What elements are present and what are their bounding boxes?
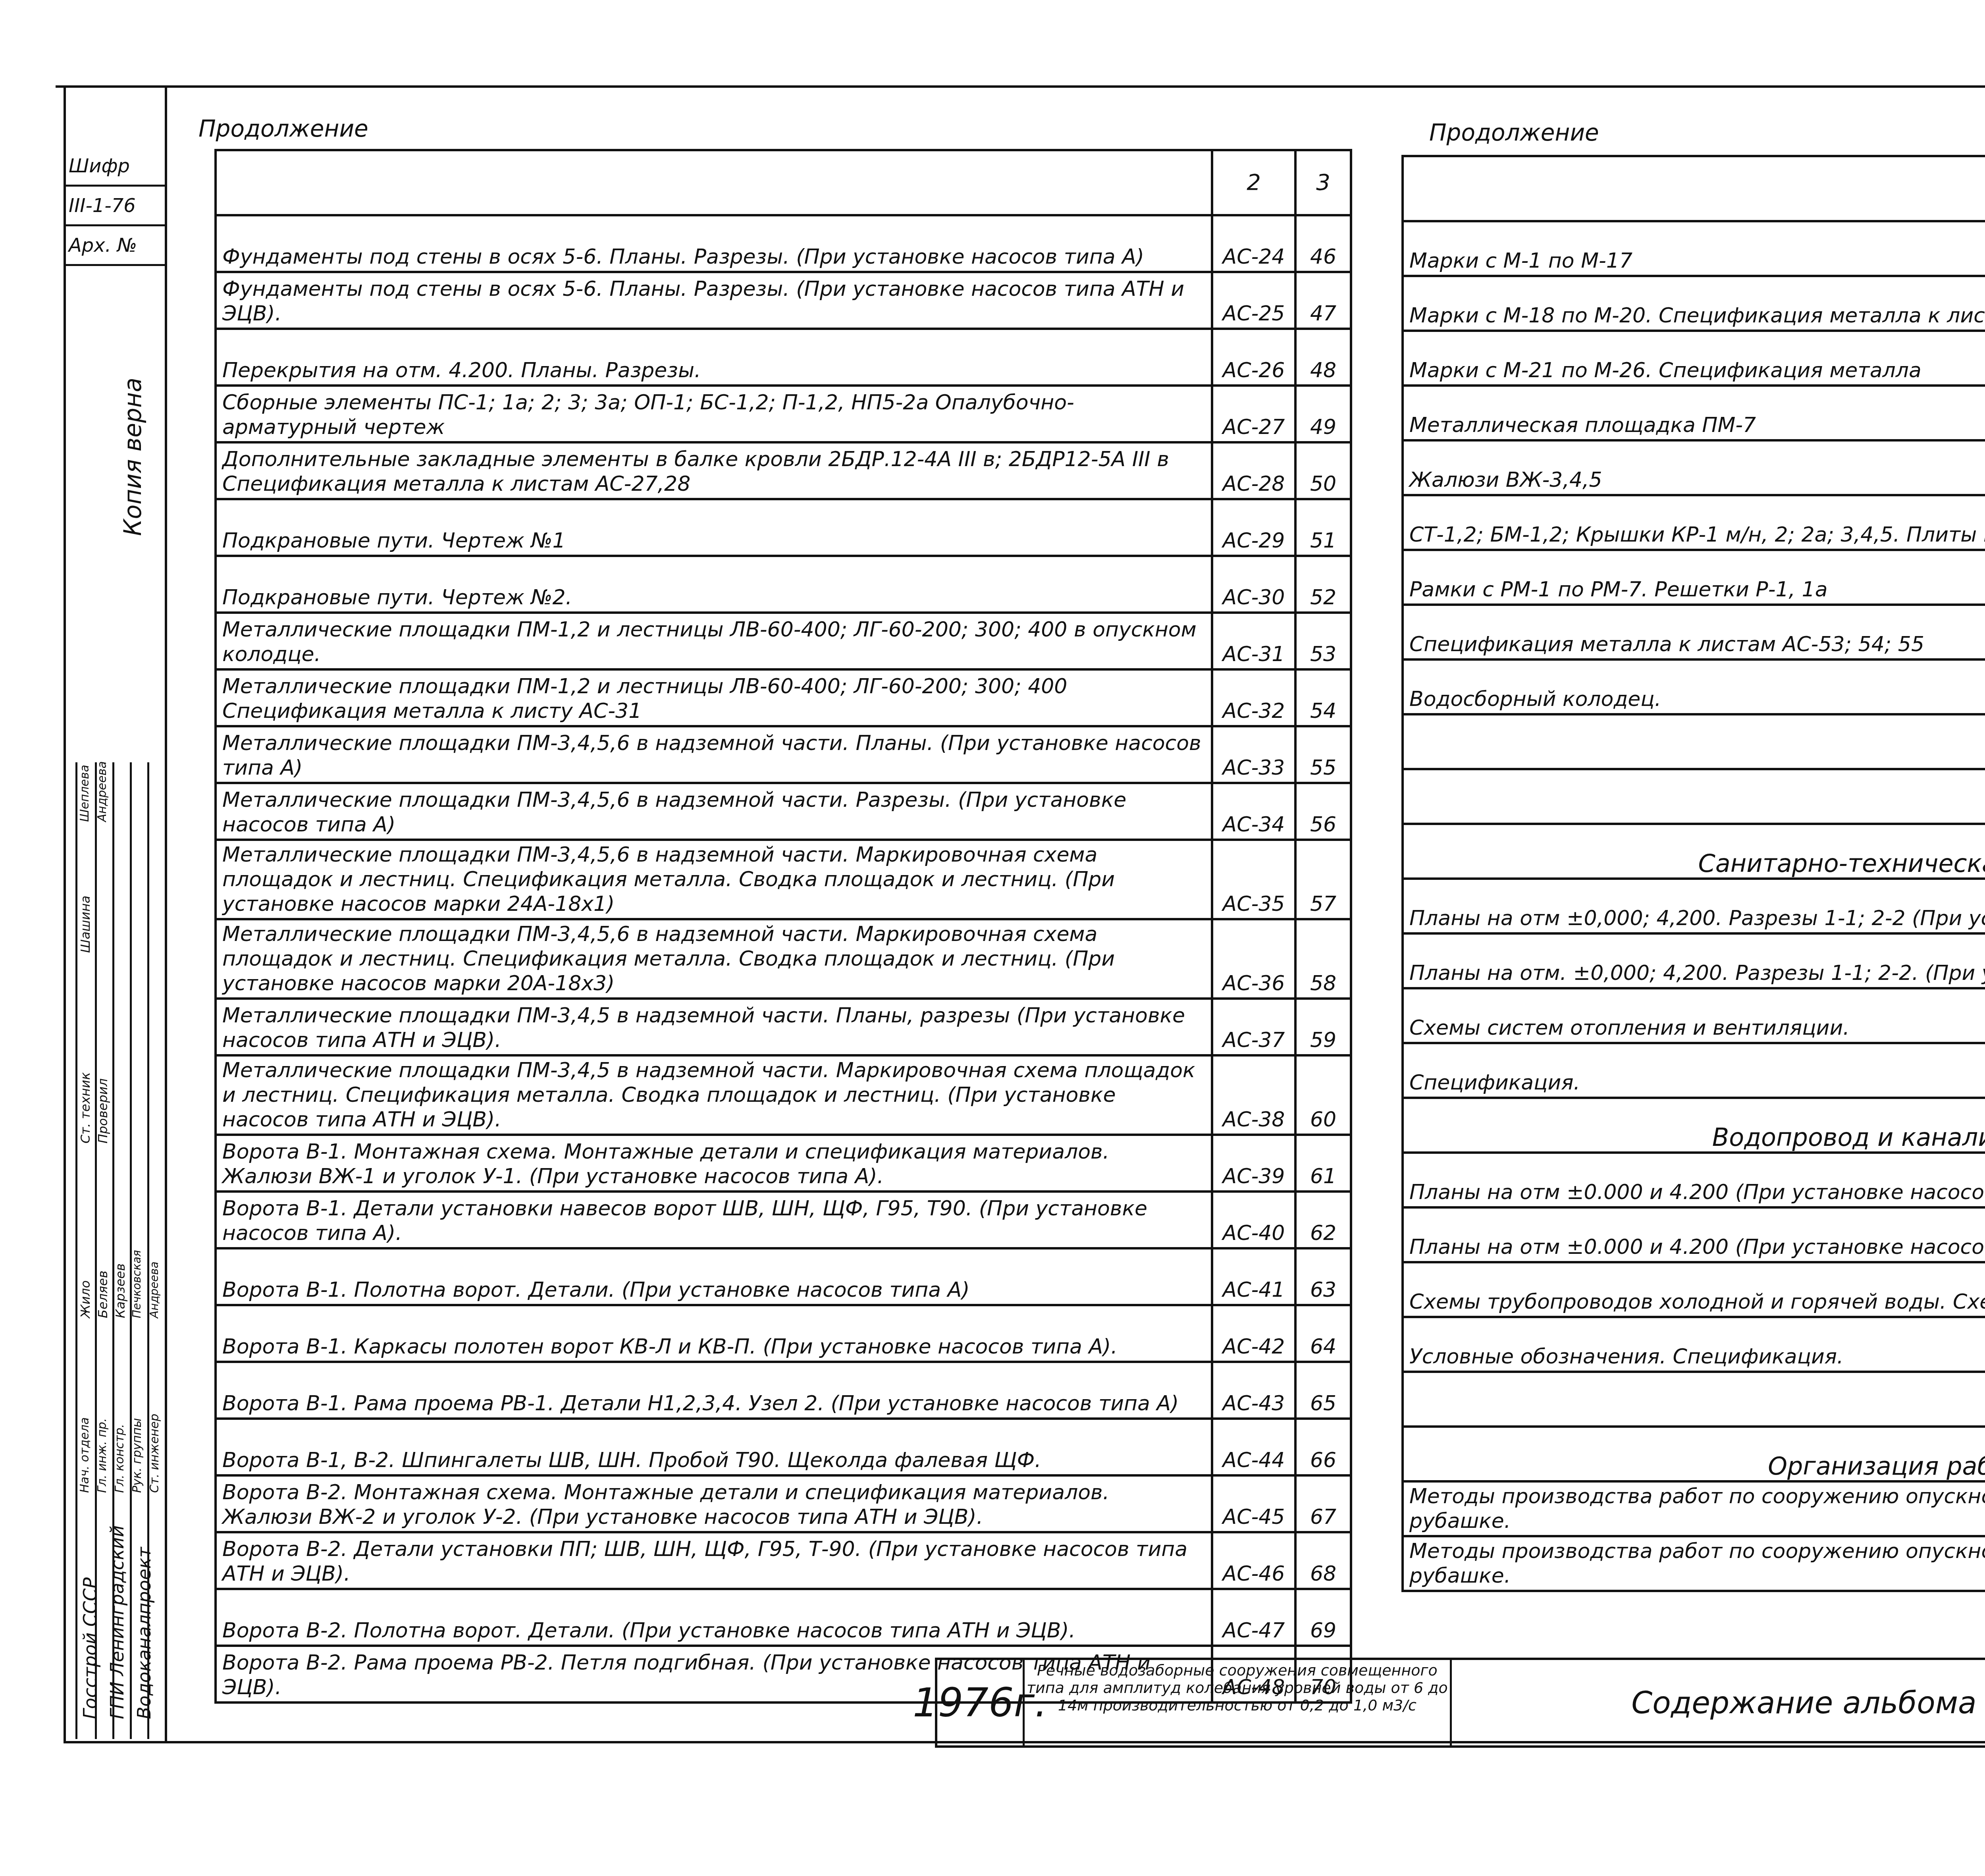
table-row: Подкрановые пути. Чертеж №2.АС-3052 [216,556,1351,613]
table-row: Ворота В-1. Монтажная схема. Монтажные д… [216,1135,1351,1192]
table-row: Санитарно-техническая часть [1403,824,1985,879]
header-cell: 2 [1212,150,1295,215]
drawing-title-cell: Ворота В-1. Монтажная схема. Монтажные д… [216,1135,1212,1192]
drawing-title-cell: Фундаменты под стены в осях 5-6. Планы. … [216,215,1212,272]
sheet-code-cell: АС-42 [1212,1305,1295,1362]
drawing-title-cell [1403,769,1985,824]
signer-name-10: Андреева [95,761,109,822]
table-row: Фундаменты под стены в осях 5-6. Планы. … [216,215,1351,272]
drawing-title-cell: Марки с М-21 по М-26. Спецификация метал… [1403,331,1985,386]
signer-role-6: Ст. техник [78,1072,93,1143]
drawing-title-cell: Ворота В-1, В-2. Шпингалеты ШВ, ШН. Проб… [216,1419,1212,1475]
page-number-cell: 56 [1295,783,1351,840]
table-row: Водопровод и канализация. [1403,1098,1985,1153]
sheet-code-cell: АС-36 [1212,919,1295,999]
sheet-code-cell: АС-41 [1212,1248,1295,1305]
left-continued-label: Продолжение [198,115,368,142]
role-3: Гл. констр. [113,1424,127,1493]
drawing-title-cell: Металлическая площадка ПМ-7 [1403,386,1985,440]
sheet-code-cell: АС-43 [1212,1362,1295,1419]
signer-name-3: Карзеев [113,1263,128,1318]
sheet-code-cell: АС-40 [1212,1192,1295,1248]
table-row: Металлические площадки ПМ-3,4,5,6 в надз… [216,840,1351,919]
sheet-code-cell: АС-29 [1212,499,1295,556]
table-row: Планы на отм. ±0,000; 4,200. Разрезы 1-1… [1403,933,1985,988]
drawing-title-cell: Металлические площадки ПМ-1,2 и лестницы… [216,613,1212,669]
table-row: Организация работ [1403,1427,1985,1481]
archive-label: Арх. № [66,226,165,266]
role-4: Рук. группы [130,1418,144,1493]
drawing-title-cell [1403,1372,1985,1427]
page-number-cell: 54 [1295,669,1351,726]
sheet-code-cell: АС-33 [1212,726,1295,783]
sheet-code-cell: АС-32 [1212,669,1295,726]
drawing-title-cell: Схемы систем отопления и вентиляции. [1403,988,1985,1043]
drawing-title-cell: Перекрытия на отм. 4.200. Планы. Разрезы… [216,329,1212,386]
drawing-title-cell: Планы на отм ±0,000; 4,200. Разрезы 1-1;… [1403,879,1985,933]
code-value: III-1-76 [66,187,165,226]
sheet-code-cell: АС-24 [1212,215,1295,272]
page-number-cell: 60 [1295,1055,1351,1135]
drawing-title-cell: Ворота В-1. Полотна ворот. Детали. (При … [216,1248,1212,1305]
drawing-title-cell: Ворота В-2. Монтажная схема. Монтажные д… [216,1475,1212,1532]
signer-name-2: Беляев [95,1271,110,1318]
page-number-cell: 69 [1295,1589,1351,1646]
drawing-title-cell: Ворота В-1. Детали установки навесов вор… [216,1192,1212,1248]
signer-role-7: Проверил [95,1078,110,1143]
drawing-title-cell: Методы производства работ по сооружению … [1403,1536,1985,1591]
table-row: СТ-1,2; БМ-1,2; Крышки КР-1 м/н, 2; 2а; … [1403,495,1985,550]
role-2: Гл. инж. пр. [95,1418,109,1493]
table-row: Ворота В-1. Детали установки навесов вор… [216,1192,1351,1248]
page-number-cell: 53 [1295,613,1351,669]
page-number-cell: 48 [1295,329,1351,386]
sheet-code-cell: АС-34 [1212,783,1295,840]
page-number-cell: 50 [1295,442,1351,499]
sheet-code-cell: АС-30 [1212,556,1295,613]
table-row: Металлические площадки ПМ-3,4,5,6 в надз… [216,783,1351,840]
table-row: Металлические площадки ПМ-1,2 и лестницы… [216,669,1351,726]
signer-name-5: Андреева [148,1261,161,1318]
section-heading: Санитарно-техническая часть [1403,824,1985,879]
table-row [1403,714,1985,769]
signer-name-4: Печковская [130,1250,143,1318]
drawing-title-cell: Спецификация. [1403,1043,1985,1098]
table-row: Фундаменты под стены в осях 5-6. Планы. … [216,272,1351,329]
table-header-row: 23 [1403,156,1985,221]
signer-name-1: Жило [78,1280,93,1318]
page-number-cell: 51 [1295,499,1351,556]
drawing-title-cell: Фундаменты под стены в осях 5-6. Планы. … [216,272,1212,329]
table-row: Планы на отм ±0.000 и 4.200 (При установ… [1403,1207,1985,1262]
table-row: Жалюзи ВЖ-3,4,5АС-5375 [1403,440,1985,495]
page-number-cell: 57 [1295,840,1351,919]
drawing-title-cell: Марки с М-1 по М-17 [1403,221,1985,276]
drawing-title-cell: Ворота В-1. Рама проема РВ-1. Детали Н1,… [216,1362,1212,1419]
table-row: Сборные элементы ПС-1; 1а; 2; 3; 3а; ОП-… [216,386,1351,442]
frame-border-left [64,85,66,1741]
org-line-3: Водоканалпроект [133,1547,155,1719]
drawing-title-cell: Металлические площадки ПМ-3,4,5,6 в надз… [216,726,1212,783]
table-row: Методы производства работ по сооружению … [1403,1536,1985,1591]
table-row: Металлические площадки ПМ-3,4,5,6 в надз… [216,726,1351,783]
page-number-cell: 58 [1295,919,1351,999]
table-row: Металлическая площадка ПМ-7АС-5274 [1403,386,1985,440]
copy-note: Копия верна [119,378,147,536]
table-row: Металлические площадки ПМ-1,2 и лестницы… [216,613,1351,669]
drawing-title-cell: СТ-1,2; БМ-1,2; Крышки КР-1 м/н, 2; 2а; … [1403,495,1985,550]
table-row: Спецификация металла к листам АС-53; 54;… [1403,605,1985,659]
table-row: Металлические площадки ПМ-3,4,5 в надзем… [216,1055,1351,1135]
page-number-cell: 59 [1295,999,1351,1055]
table-row: Схемы трубопроводов холодной и горячей в… [1403,1262,1985,1317]
sheet-code-cell: АС-45 [1212,1475,1295,1532]
table-row: Рамки с РМ-1 по РМ-7. Решетки Р-1, 1аАС-… [1403,550,1985,605]
page-number-cell: 64 [1295,1305,1351,1362]
table-row: Ворота В-1, В-2. Шпингалеты ШВ, ШН. Проб… [216,1419,1351,1475]
right-toc-table: 23Марки с М-1 по М-17АС-4971Марки с М-18… [1401,155,1985,1592]
table-row: Ворота В-1. Полотна ворот. Детали. (При … [216,1248,1351,1305]
page-number-cell: 55 [1295,726,1351,783]
table-row [1403,769,1985,824]
section-heading: Водопровод и канализация. [1403,1098,1985,1153]
table-row: Марки с М-21 по М-26. Спецификация метал… [1403,331,1985,386]
drawing-title-cell: Металлические площадки ПМ-3,4,5,6 в надз… [216,783,1212,840]
drawing-title-cell: Ворота В-2. Детали установки ПП; ШВ, ШН,… [216,1532,1212,1589]
header-cell [216,150,1212,215]
drawing-title-cell: Условные обозначения. Спецификация. [1403,1317,1985,1372]
table-header-row: 23 [216,150,1351,215]
table-row: Металлические площадки ПМ-3,4,5,6 в надз… [216,919,1351,999]
drawing-title-cell: Дополнительные закладные элементы в балк… [216,442,1212,499]
org-line-1: Госстрой СССР [79,1577,101,1719]
frame-border-top [56,85,1985,88]
sheet-code-cell: АС-37 [1212,999,1295,1055]
drawing-title-cell: Подкрановые пути. Чертеж №2. [216,556,1212,613]
role-5: Ст. инженер [148,1414,162,1493]
page-number-cell: 67 [1295,1475,1351,1532]
sheet-code-cell: АС-47 [1212,1589,1295,1646]
sheet-code-cell: АС-28 [1212,442,1295,499]
table-row: Ворота В-1. Каркасы полотен ворот КВ-Л и… [216,1305,1351,1362]
drawing-title-cell: Схемы трубопроводов холодной и горячей в… [1403,1262,1985,1317]
drawing-title-cell: Планы на отм ±0.000 и 4.200 (При установ… [1403,1207,1985,1262]
page-number-cell: 46 [1295,215,1351,272]
drawing-title-cell [1403,714,1985,769]
title-main: Содержание альбома [1452,1660,1985,1745]
section-heading: Организация работ [1403,1427,1985,1481]
drawing-title-cell: Методы производства работ по сооружению … [1403,1481,1985,1536]
drawing-title-cell: Металлические площадки ПМ-3,4,5 в надзем… [216,1055,1212,1135]
drawing-title-cell: Ворота В-1. Каркасы полотен ворот КВ-Л и… [216,1305,1212,1362]
drawing-title-cell: Металлические площадки ПМ-1,2 и лестницы… [216,669,1212,726]
drawing-title-cell: Планы на отм. ±0,000; 4,200. Разрезы 1-1… [1403,933,1985,988]
drawing-title-cell: Металлические площадки ПМ-3,4,5,6 в надз… [216,840,1212,919]
left-toc-table: 23Фундаменты под стены в осях 5-6. Планы… [214,149,1352,1704]
org-line-2: ГПИ Ленинградский [106,1525,128,1719]
role-1: Нач. отдела [78,1417,92,1493]
title-block: 1976г. Речные водозаборные сооружения со… [935,1658,1985,1748]
table-row: Водосборный колодец.АС-5779 [1403,659,1985,714]
table-row: Условные обозначения. Спецификация.ВК-48… [1403,1317,1985,1372]
table-row: Методы производства работ по сооружению … [1403,1481,1985,1536]
page-number-cell: 62 [1295,1192,1351,1248]
right-continued-label: Продолжение [1429,119,1599,146]
table-row: Ворота В-2. Полотна ворот. Детали. (При … [216,1589,1351,1646]
page-number-cell: 49 [1295,386,1351,442]
sheet-code-cell: АС-38 [1212,1055,1295,1135]
table-row: Планы на отм ±0.000 и 4.200 (При установ… [1403,1153,1985,1207]
table-row: Ворота В-2. Монтажная схема. Монтажные д… [216,1475,1351,1532]
table-row: Подкрановые пути. Чертеж №1АС-2951 [216,499,1351,556]
drawing-title-cell: Сборные элементы ПС-1; 1а; 2; 3; 3а; ОП-… [216,386,1212,442]
title-year: 1976г. [937,1660,1025,1745]
drawing-title-cell: Подкрановые пути. Чертеж №1 [216,499,1212,556]
signer-name-9: Шеплева [78,765,92,822]
drawing-title-cell: Жалюзи ВЖ-3,4,5 [1403,440,1985,495]
drawing-title-cell: Металлические площадки ПМ-3,4,5,6 в надз… [216,919,1212,999]
page-number-cell: 61 [1295,1135,1351,1192]
page-number-cell: 66 [1295,1419,1351,1475]
page-number-cell: 52 [1295,556,1351,613]
table-row: Планы на отм ±0,000; 4,200. Разрезы 1-1;… [1403,879,1985,933]
table-row: Ворота В-1. Рама проема РВ-1. Детали Н1,… [216,1362,1351,1419]
table-row: Дополнительные закладные элементы в балк… [216,442,1351,499]
drawing-title-cell: Рамки с РМ-1 по РМ-7. Решетки Р-1, 1а [1403,550,1985,605]
title-subject: Речные водозаборные сооружения совмещенн… [1025,1660,1452,1745]
table-row: Схемы систем отопления и вентиляции.ОВ-3… [1403,988,1985,1043]
table-row [1403,1372,1985,1427]
table-row: Металлические площадки ПМ-3,4,5 в надзем… [216,999,1351,1055]
sheet-code-cell: АС-27 [1212,386,1295,442]
table-row: Марки с М-18 по М-20. Спецификация метал… [1403,276,1985,331]
page-number-cell: 68 [1295,1532,1351,1589]
sheet-code-cell: АС-31 [1212,613,1295,669]
header-cell: 3 [1295,150,1351,215]
table-row: Перекрытия на отм. 4.200. Планы. Разрезы… [216,329,1351,386]
stamp-code-block: Шифр III-1-76 Арх. № [66,147,165,266]
page-number-cell: 65 [1295,1362,1351,1419]
sheet-code-cell: АС-35 [1212,840,1295,919]
page-number-cell: 63 [1295,1248,1351,1305]
drawing-title-cell: Планы на отм ±0.000 и 4.200 (При установ… [1403,1153,1985,1207]
page-number-cell: 47 [1295,272,1351,329]
sheet-code-cell: АС-46 [1212,1532,1295,1589]
drawing-title-cell: Ворота В-2. Полотна ворот. Детали. (При … [216,1589,1212,1646]
table-row: Спецификация.ОВ-483 [1403,1043,1985,1098]
table-row: Ворота В-2. Детали установки ПП; ШВ, ШН,… [216,1532,1351,1589]
sheet-code-cell: АС-25 [1212,272,1295,329]
table-row: Марки с М-1 по М-17АС-4971 [1403,221,1985,276]
code-label: Шифр [66,147,165,187]
drawing-title-cell: Водосборный колодец. [1403,659,1985,714]
header-cell [1403,156,1985,221]
sheet-code-cell: АС-26 [1212,329,1295,386]
signer-name-8: Шашина [78,896,93,953]
sheet-code-cell: АС-39 [1212,1135,1295,1192]
drawing-title-cell: Металлические площадки ПМ-3,4,5 в надзем… [216,999,1212,1055]
drawing-title-cell: Марки с М-18 по М-20. Спецификация метал… [1403,276,1985,331]
drawing-title-cell: Спецификация металла к листам АС-53; 54;… [1403,605,1985,659]
sheet-code-cell: АС-44 [1212,1419,1295,1475]
